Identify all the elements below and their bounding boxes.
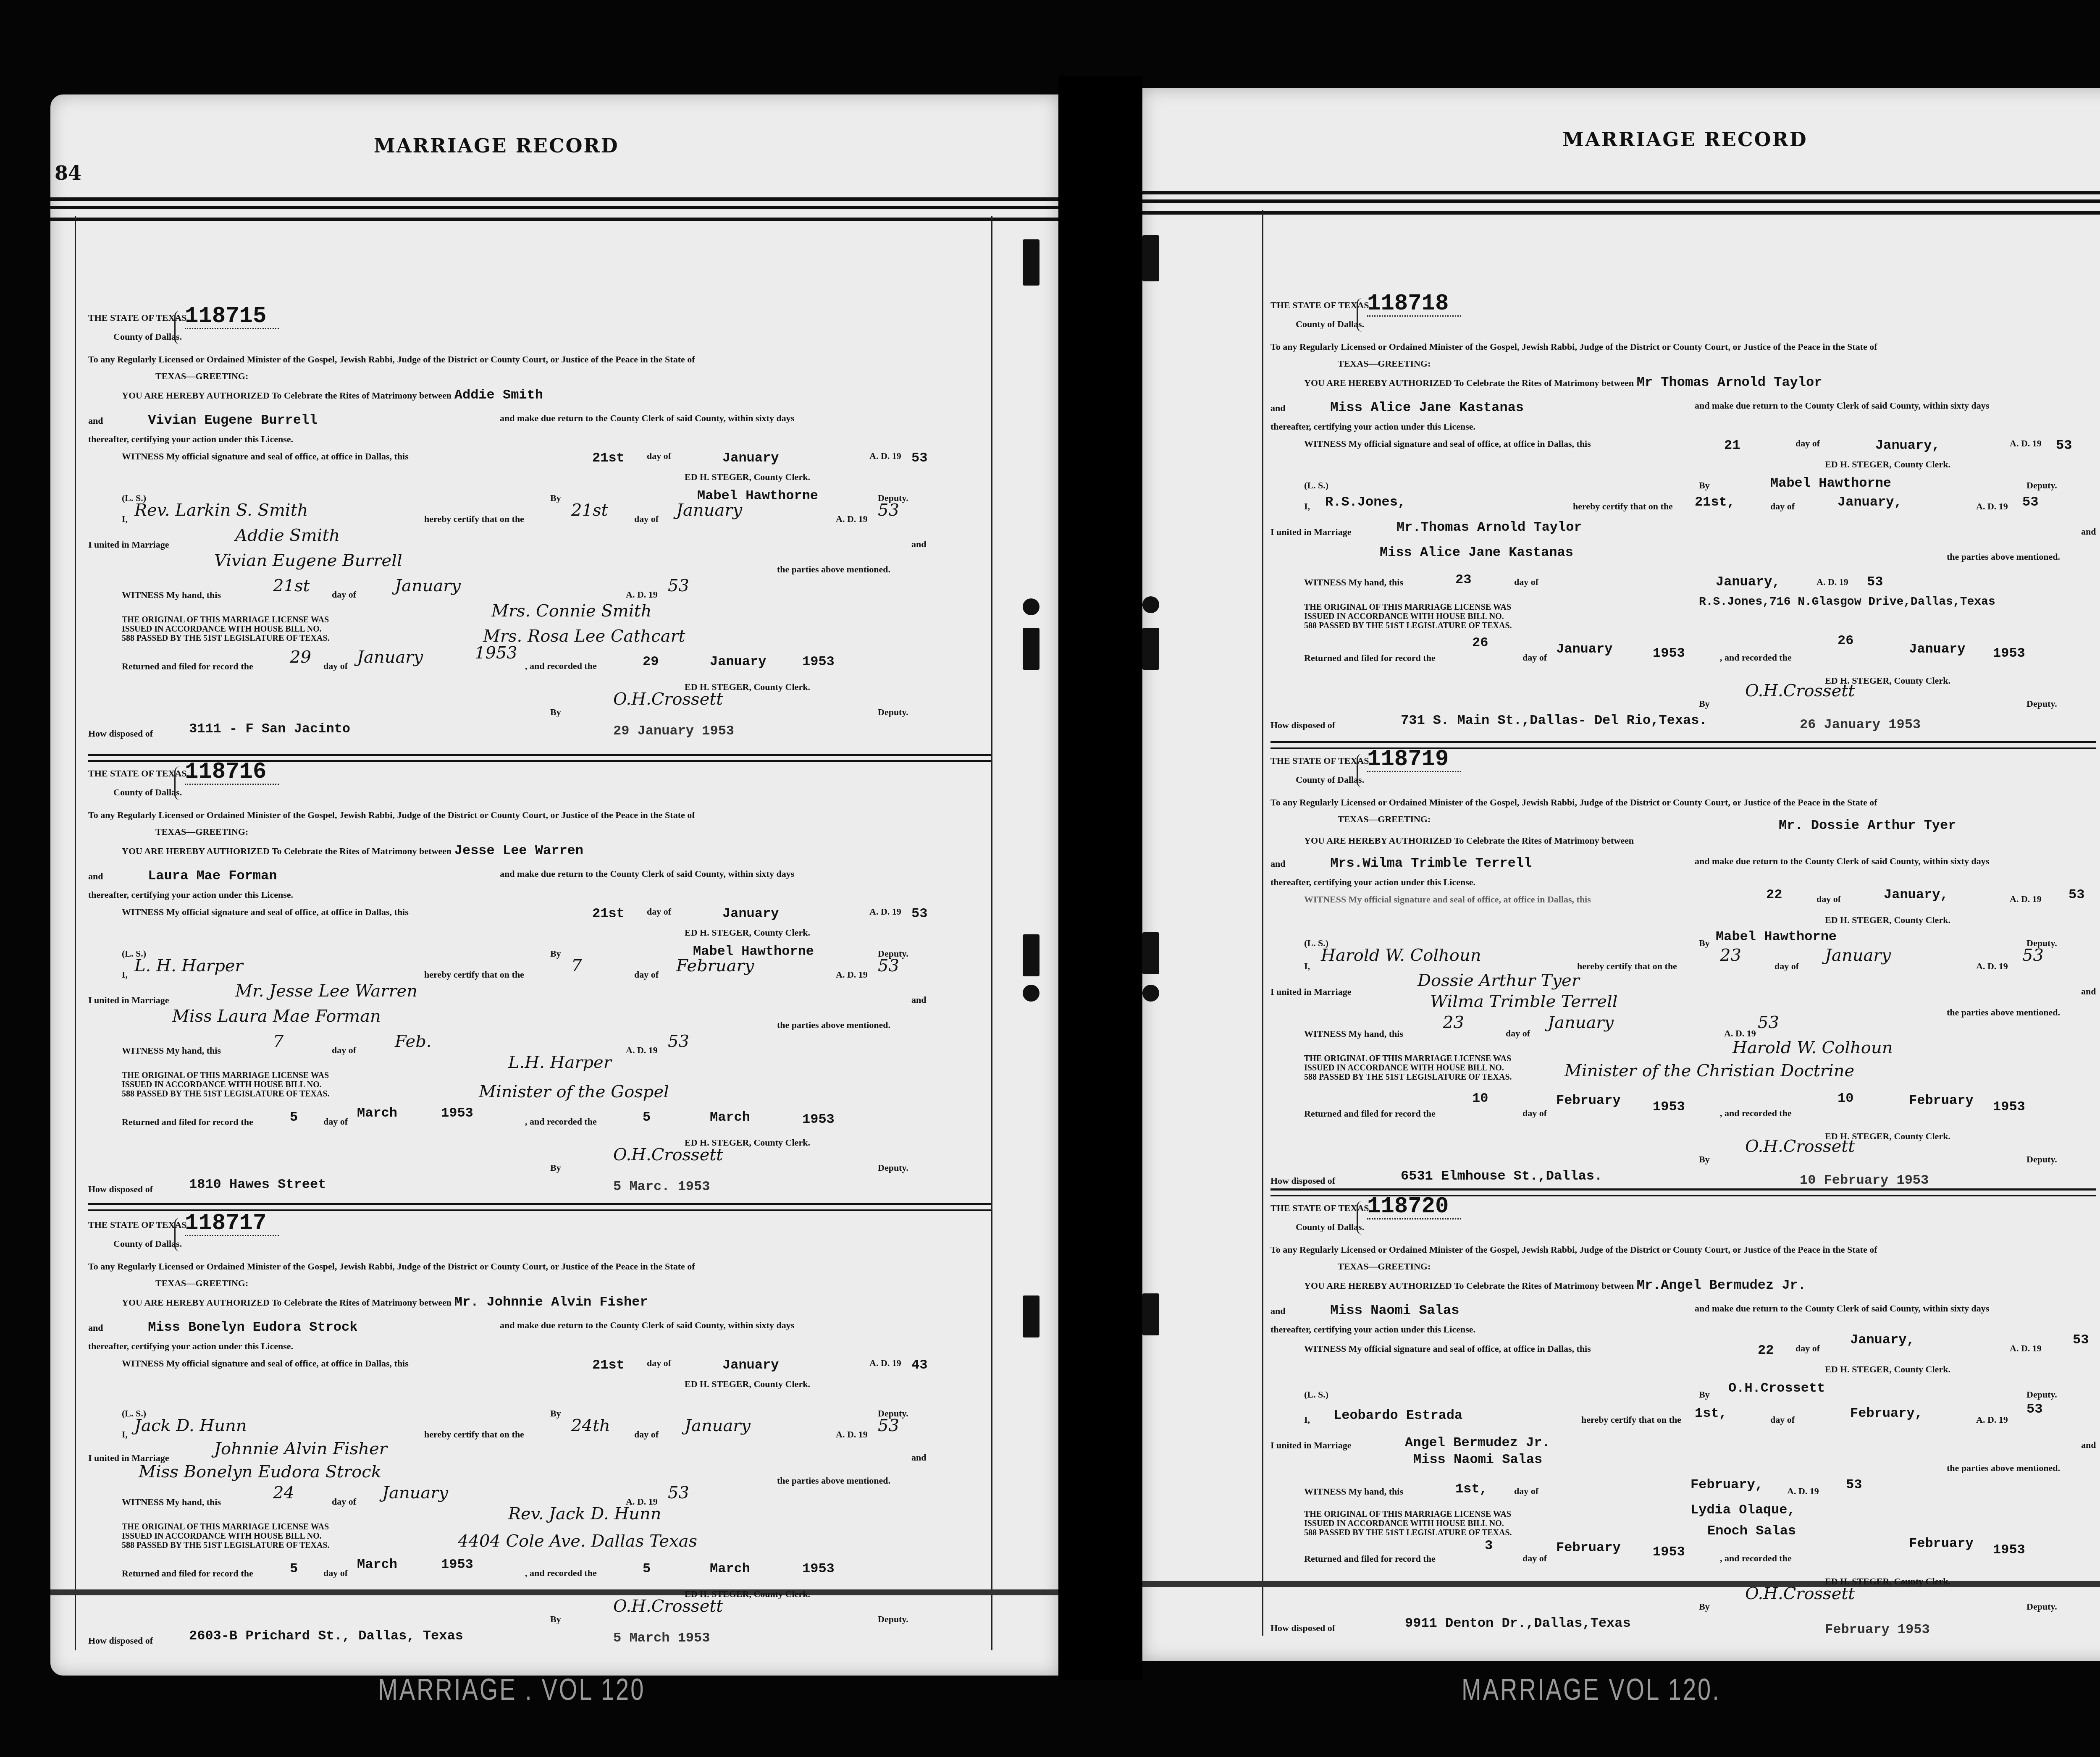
deputy-label: Deputy. bbox=[2026, 481, 2057, 490]
day-of-label: day of bbox=[1770, 1415, 1795, 1424]
and-label: and bbox=[2081, 527, 2096, 536]
certify-text: hereby certify that on the bbox=[424, 970, 524, 979]
bride-name: Miss Naomi Salas bbox=[1330, 1303, 1459, 1318]
witness-year: 53 bbox=[1867, 575, 1883, 589]
binder-mark bbox=[1023, 239, 1039, 286]
witness-day: 24 bbox=[273, 1484, 294, 1501]
microfilm-label-left: MARRIAGE . VOL 120 bbox=[378, 1671, 645, 1707]
returned-day: 3 bbox=[1485, 1539, 1493, 1552]
united-label: I united in Marriage bbox=[88, 1453, 169, 1463]
header-rule bbox=[1142, 191, 2100, 215]
record-divider bbox=[88, 1203, 991, 1211]
deputy-label: Deputy. bbox=[2026, 699, 2057, 708]
return-text: and make due return to the County Clerk … bbox=[1695, 401, 1989, 410]
license-number: 118717 bbox=[185, 1212, 279, 1236]
county-label: County of Dallas. bbox=[113, 1238, 182, 1249]
recorded-day: 5 bbox=[643, 1111, 651, 1124]
day-of-label: day of bbox=[332, 1046, 356, 1055]
disposed-address: 1810 Hawes Street bbox=[189, 1178, 326, 1191]
issued-year: 53 bbox=[911, 451, 927, 465]
witness-year: 53 bbox=[1758, 1014, 1779, 1031]
recorded-text: , and recorded the bbox=[525, 661, 597, 671]
and-label: and bbox=[911, 1453, 926, 1462]
bride-name: Laura Mae Forman bbox=[148, 868, 277, 884]
day-of-label: day of bbox=[323, 661, 348, 671]
margin-line bbox=[75, 216, 76, 1650]
page-title: MARRIAGE RECORD bbox=[1562, 128, 1808, 151]
license-number: 118718 bbox=[1367, 293, 1461, 317]
returned-text: Returned and filed for record the bbox=[122, 661, 253, 671]
ad-label: A. D. 19 bbox=[2010, 1344, 2042, 1353]
day-of-label: day of bbox=[332, 1497, 356, 1506]
witness-signature-1: Lydia Olaque, bbox=[1690, 1503, 1795, 1517]
issued-year: 53 bbox=[911, 907, 927, 920]
deputy-signature: O.H.Crossett bbox=[1745, 1585, 1855, 1602]
returned-text: Returned and filed for record the bbox=[1304, 1108, 1436, 1119]
address-line: To any Regularly Licensed or Ordained Mi… bbox=[1270, 342, 2100, 351]
witness-hand-text: WITNESS My hand, this bbox=[122, 590, 221, 600]
clerk-label: ED H. STEGER, County Clerk. bbox=[1825, 1132, 2100, 1141]
disposed-label: How disposed of bbox=[88, 728, 153, 739]
authorized-text: YOU ARE HEREBY AUTHORIZED To Celebrate t… bbox=[1304, 1280, 1634, 1291]
recorded-year: 1953 bbox=[802, 1562, 835, 1576]
deputy-label: Deputy. bbox=[2026, 1155, 2057, 1164]
returned-text: Returned and filed for record the bbox=[1304, 1553, 1436, 1564]
recorded-month: January bbox=[710, 655, 766, 669]
and-label: and bbox=[1270, 858, 1285, 869]
filing-stamp: 10 February 1953 bbox=[1800, 1174, 1929, 1187]
ad-label: A. D. 19 bbox=[1976, 502, 2008, 511]
return-text: and make due return to the County Clerk … bbox=[500, 869, 794, 878]
ad-label: A. D. 19 bbox=[626, 1046, 658, 1055]
i-label: I, bbox=[122, 514, 128, 524]
ad-label: A. D. 19 bbox=[2010, 894, 2042, 904]
margin-line bbox=[991, 216, 992, 1650]
by-label: By bbox=[1699, 1390, 1710, 1399]
returned-year: 1953 bbox=[1653, 647, 1685, 660]
cert-month: January, bbox=[1837, 496, 1902, 509]
clerk-label: ED H. STEGER, County Clerk. bbox=[1825, 676, 2100, 685]
united-party-2: Vivian Eugene Burrell bbox=[214, 552, 402, 569]
cert-month: January bbox=[685, 1417, 751, 1434]
cert-day: 24th bbox=[571, 1417, 610, 1434]
binder-mark bbox=[1142, 932, 1159, 974]
witness-official-text: WITNESS My official signature and seal o… bbox=[1304, 1343, 1591, 1354]
deputy-name: O.H.Crossett bbox=[1728, 1382, 1825, 1395]
page-number: 84 bbox=[55, 162, 81, 184]
thereafter-text: thereafter, certifying your action under… bbox=[1270, 422, 2100, 431]
witness-day: 23 bbox=[1455, 573, 1471, 587]
witness-year: 53 bbox=[668, 1484, 689, 1501]
day-of-label: day of bbox=[323, 1568, 348, 1578]
day-of-label: day of bbox=[1514, 1487, 1538, 1496]
authorized-text: YOU ARE HEREBY AUTHORIZED To Celebrate t… bbox=[1304, 378, 1634, 388]
witness-signature-2: 4404 Cole Ave. Dallas Texas bbox=[458, 1533, 697, 1550]
deputy-label: Deputy. bbox=[878, 1163, 908, 1172]
issued-month: January bbox=[722, 451, 779, 465]
day-of-label: day of bbox=[1770, 502, 1795, 511]
recorded-day: 5 bbox=[643, 1562, 651, 1576]
parties-label: the parties above mentioned. bbox=[777, 1020, 890, 1030]
and-label: and bbox=[2081, 987, 2096, 996]
witness-official-text: WITNESS My official signature and seal o… bbox=[122, 451, 409, 462]
united-party-2: Miss Laura Mae Forman bbox=[172, 1008, 381, 1025]
returned-month: February bbox=[1556, 1541, 1621, 1555]
returned-year: 1953 bbox=[441, 1558, 473, 1571]
clerk-label: ED H. STEGER, County Clerk. bbox=[685, 472, 945, 482]
cert-year: 53 bbox=[878, 957, 899, 974]
by-label: By bbox=[1699, 1155, 1710, 1164]
deputy-label: Deputy. bbox=[878, 1615, 908, 1624]
issued-year: 53 bbox=[2073, 1333, 2089, 1347]
recorded-text: , and recorded the bbox=[525, 1117, 597, 1126]
by-label: By bbox=[1699, 699, 1710, 708]
united-party-1: Angel Bermudez Jr. bbox=[1405, 1436, 1550, 1450]
day-of-label: day of bbox=[634, 970, 659, 979]
and-label: and bbox=[1270, 1306, 1285, 1316]
deputy-signature: O.H.Crossett bbox=[1745, 1138, 1855, 1155]
ad-label: A. D. 19 bbox=[836, 514, 868, 524]
returned-month: January bbox=[357, 649, 423, 666]
and-label: and bbox=[2081, 1440, 2096, 1450]
issued-month: January bbox=[722, 907, 779, 920]
book-spine bbox=[1058, 76, 1142, 1680]
ad-label: A. D. 19 bbox=[1816, 577, 1848, 587]
clerk-label: ED H. STEGER, County Clerk. bbox=[1825, 915, 2100, 925]
united-party-2: Miss Alice Jane Kastanas bbox=[1380, 546, 1573, 559]
ad-label: A. D. 19 bbox=[1976, 962, 2008, 971]
i-label: I, bbox=[1304, 962, 1310, 971]
seal-label: (L. S.) bbox=[1304, 481, 1328, 490]
authorized-text: YOU ARE HEREBY AUTHORIZED To Celebrate t… bbox=[122, 846, 451, 856]
authorized-text: YOU ARE HEREBY AUTHORIZED To Celebrate t… bbox=[122, 390, 451, 401]
parties-label: the parties above mentioned. bbox=[1947, 1463, 2060, 1473]
united-label: I united in Marriage bbox=[88, 995, 169, 1005]
ad-label: A. D. 19 bbox=[869, 1358, 901, 1368]
return-text: and make due return to the County Clerk … bbox=[500, 1321, 794, 1330]
filing-stamp: 5 Marc. 1953 bbox=[613, 1180, 710, 1193]
thereafter-text: thereafter, certifying your action under… bbox=[88, 435, 945, 444]
and-label: and bbox=[1270, 403, 1285, 413]
united-party-2: Miss Naomi Salas bbox=[1413, 1453, 1542, 1466]
returned-year: 1953 bbox=[475, 645, 517, 661]
address-line: To any Regularly Licensed or Ordained Mi… bbox=[88, 1262, 945, 1271]
returned-text: Returned and filed for record the bbox=[122, 1568, 253, 1579]
united-label: I united in Marriage bbox=[1270, 527, 1352, 537]
address-line: To any Regularly Licensed or Ordained Mi… bbox=[88, 355, 945, 364]
day-of-label: day of bbox=[634, 514, 659, 524]
recorded-month: March bbox=[710, 1562, 750, 1576]
issued-year: 43 bbox=[911, 1358, 927, 1372]
header-rule bbox=[50, 197, 1058, 221]
thereafter-text: thereafter, certifying your action under… bbox=[88, 1342, 945, 1351]
issued-day: 21st bbox=[592, 1358, 625, 1372]
witness-signature-1: Mrs. Connie Smith bbox=[491, 603, 651, 619]
clerk-label: ED H. STEGER, County Clerk. bbox=[685, 682, 945, 692]
day-of-label: day of bbox=[1506, 1029, 1530, 1038]
greeting: TEXAS—GREETING: bbox=[1338, 359, 2100, 368]
county-label: County of Dallas. bbox=[1296, 319, 1364, 329]
disposed-label: How disposed of bbox=[1270, 1175, 1335, 1186]
recorded-month: March bbox=[710, 1111, 750, 1124]
returned-month: March bbox=[357, 1558, 397, 1571]
issued-month: January, bbox=[1884, 888, 1948, 902]
county-label: County of Dallas. bbox=[1296, 774, 1364, 785]
clerk-label: ED H. STEGER, County Clerk. bbox=[685, 928, 945, 937]
witness-year: 53 bbox=[668, 1033, 689, 1050]
recorded-text: , and recorded the bbox=[1720, 653, 1792, 662]
ad-label: A. D. 19 bbox=[1976, 1415, 2008, 1424]
returned-day: 10 bbox=[1472, 1092, 1488, 1105]
cert-month: February bbox=[676, 957, 754, 974]
greeting: TEXAS—GREETING: bbox=[155, 827, 945, 837]
by-label: By bbox=[1699, 939, 1710, 948]
returned-month: January bbox=[1556, 642, 1612, 656]
certify-text: hereby certify that on the bbox=[1577, 962, 1677, 971]
binder-mark bbox=[1142, 628, 1159, 670]
day-of-label: day of bbox=[1522, 1554, 1547, 1563]
groom-name: Mr Thomas Arnold Taylor bbox=[1637, 375, 1822, 390]
witness-hand-text: WITNESS My hand, this bbox=[1304, 1028, 1403, 1039]
authorized-text: YOU ARE HEREBY AUTHORIZED To Celebrate t… bbox=[122, 1297, 451, 1308]
binder-mark bbox=[1023, 628, 1039, 670]
license-number: 118720 bbox=[1367, 1196, 1461, 1219]
witness-month: January bbox=[1548, 1014, 1614, 1031]
ad-label: A. D. 19 bbox=[869, 907, 901, 916]
witness-signature-2: Mrs. Rosa Lee Cathcart bbox=[483, 628, 685, 645]
recorded-text: , and recorded the bbox=[1720, 1109, 1792, 1118]
witness-day: 7 bbox=[273, 1033, 283, 1050]
issued-day: 21st bbox=[592, 907, 625, 920]
groom-name: Addie Smith bbox=[454, 387, 543, 403]
clerk-label: ED H. STEGER, County Clerk. bbox=[1825, 460, 2100, 469]
day-of-label: day of bbox=[647, 1358, 671, 1368]
witness-official-text: WITNESS My official signature and seal o… bbox=[122, 907, 409, 917]
witness-month: January bbox=[395, 577, 461, 594]
cert-month: January bbox=[676, 502, 742, 519]
issued-day: 22 bbox=[1766, 888, 1782, 902]
page-title: MARRIAGE RECORD bbox=[374, 134, 619, 157]
day-of-label: day of bbox=[647, 907, 671, 916]
recorded-month: February bbox=[1909, 1094, 1974, 1107]
issued-month: January, bbox=[1875, 439, 1940, 452]
deputy-signature: O.H.Crossett bbox=[613, 1598, 723, 1615]
witness-official-text: WITNESS My official signature and seal o… bbox=[1304, 894, 1591, 905]
officiant-signature: L. H. Harper bbox=[134, 957, 243, 974]
certify-text: hereby certify that on the bbox=[1573, 502, 1673, 511]
day-of-label: day of bbox=[1795, 439, 1820, 448]
witness-year: 53 bbox=[668, 577, 689, 594]
witness-day: 23 bbox=[1443, 1014, 1464, 1031]
returned-year: 1953 bbox=[1653, 1545, 1685, 1559]
bride-name: Vivian Eugene Burrell bbox=[148, 412, 317, 428]
by-label: By bbox=[550, 1163, 561, 1172]
recorded-year: 1953 bbox=[802, 655, 835, 669]
disposed-address: 3111 - F San Jacinto bbox=[189, 722, 350, 736]
certify-text: hereby certify that on the bbox=[424, 514, 524, 524]
issued-day: 21st bbox=[592, 451, 625, 465]
cert-year: 53 bbox=[2022, 496, 2038, 509]
return-text: and make due return to the County Clerk … bbox=[500, 414, 794, 423]
witness-month: January bbox=[382, 1484, 448, 1501]
by-label: By bbox=[550, 1615, 561, 1624]
margin-line bbox=[1262, 210, 1263, 1636]
binder-mark bbox=[1023, 934, 1039, 976]
and-label: and bbox=[911, 540, 926, 549]
parties-label: the parties above mentioned. bbox=[1947, 552, 2060, 561]
deputy-signature: O.H.Crossett bbox=[613, 691, 723, 708]
license-number: 118716 bbox=[185, 761, 279, 785]
united-party-2: Miss Bonelyn Eudora Strock bbox=[139, 1463, 381, 1480]
united-label: I united in Marriage bbox=[1270, 1440, 1352, 1450]
recorded-text: , and recorded the bbox=[1720, 1554, 1792, 1563]
greeting: TEXAS—GREETING: bbox=[155, 1279, 945, 1288]
cert-day: 23 bbox=[1720, 947, 1741, 964]
right-page: MARRIAGE RECORD 85 THE STATE OF TEXAS, 1… bbox=[1142, 88, 2100, 1661]
disposed-address: 2603-B Prichard St., Dallas, Texas bbox=[189, 1629, 463, 1643]
clerk-label: ED H. STEGER, County Clerk. bbox=[685, 1589, 945, 1599]
returned-year: 1953 bbox=[1653, 1100, 1685, 1114]
cert-year: 53 bbox=[878, 502, 899, 519]
marriage-record: THE STATE OF TEXAS, 118715 County of Dal… bbox=[88, 313, 945, 733]
binder-hole bbox=[1142, 596, 1159, 613]
left-page: 84 MARRIAGE RECORD THE STATE OF TEXAS, 1… bbox=[50, 94, 1058, 1676]
recorded-text: , and recorded the bbox=[525, 1568, 597, 1578]
recorded-year: 1953 bbox=[802, 1113, 835, 1126]
marriage-record: THE STATE OF TEXAS, 118717 County of Dal… bbox=[88, 1220, 945, 1640]
officiant-signature: Jack D. Hunn bbox=[134, 1417, 247, 1434]
united-party-2: Wilma Trimble Terrell bbox=[1430, 993, 1618, 1010]
marriage-record: THE STATE OF TEXAS, 118720 County of Dal… bbox=[1270, 1203, 2100, 1623]
certify-text: hereby certify that on the bbox=[424, 1430, 524, 1439]
issued-day: 22 bbox=[1758, 1344, 1774, 1357]
returned-text: Returned and filed for record the bbox=[122, 1117, 253, 1127]
day-of-label: day of bbox=[1514, 577, 1538, 587]
marriage-record: THE STATE OF TEXAS, 118718 County of Dal… bbox=[1270, 216, 2100, 636]
recorded-day: 10 bbox=[1837, 1092, 1853, 1105]
witness-month: January, bbox=[1716, 575, 1780, 589]
bride-name: Mrs.Wilma Trimble Terrell bbox=[1330, 855, 1532, 871]
groom-name: Jesse Lee Warren bbox=[454, 843, 583, 858]
witness-hand-text: WITNESS My hand, this bbox=[122, 1497, 221, 1507]
ad-label: A. D. 19 bbox=[1787, 1487, 1819, 1496]
issued-year: 53 bbox=[2056, 439, 2072, 452]
disposed-label: How disposed of bbox=[88, 1635, 153, 1646]
i-label: I, bbox=[122, 970, 128, 979]
filing-stamp: February 1953 bbox=[1825, 1623, 1930, 1636]
returned-day: 5 bbox=[290, 1111, 298, 1124]
witness-signature-1: Harold W. Colhoun bbox=[1732, 1039, 1893, 1056]
parties-label: the parties above mentioned. bbox=[777, 565, 890, 574]
return-text: and make due return to the County Clerk … bbox=[1695, 857, 1989, 866]
address-line: To any Regularly Licensed or Ordained Mi… bbox=[88, 810, 945, 820]
ad-label: A. D. 19 bbox=[836, 1430, 868, 1439]
day-of-label: day of bbox=[634, 1430, 659, 1439]
and-label: and bbox=[88, 871, 103, 881]
disposed-address: 731 S. Main St.,Dallas- Del Rio,Texas. bbox=[1401, 714, 1707, 727]
thereafter-text: thereafter, certifying your action under… bbox=[1270, 1325, 2100, 1334]
license-number: 118715 bbox=[185, 305, 279, 329]
witness-official-text: WITNESS My official signature and seal o… bbox=[122, 1358, 409, 1369]
ad-label: A. D. 19 bbox=[1724, 1029, 1756, 1038]
binder-hole bbox=[1023, 985, 1039, 1002]
by-label: By bbox=[550, 708, 561, 717]
groom-name: Mr. Johnnie Alvin Fisher bbox=[454, 1294, 648, 1310]
thereafter-text: thereafter, certifying your action under… bbox=[88, 890, 945, 899]
binder-mark bbox=[1142, 235, 1159, 281]
recorded-year: 1953 bbox=[1993, 647, 2025, 660]
marriage-record: THE STATE OF TEXAS, 118716 County of Dal… bbox=[88, 768, 945, 1188]
license-number: 118719 bbox=[1367, 748, 1461, 772]
county-label: County of Dallas. bbox=[1296, 1222, 1364, 1232]
returned-month: February bbox=[1556, 1094, 1621, 1107]
witness-month: February, bbox=[1690, 1478, 1763, 1492]
disposed-label: How disposed of bbox=[88, 1184, 153, 1194]
clerk-label: ED H. STEGER, County Clerk. bbox=[1825, 1577, 2100, 1586]
day-of-label: day of bbox=[1522, 1109, 1547, 1118]
certify-text: hereby certify that on the bbox=[1581, 1415, 1681, 1424]
returned-text: Returned and filed for record the bbox=[1304, 653, 1436, 663]
officiant-signature: Rev. Larkin S. Smith bbox=[134, 502, 308, 519]
clerk-label: ED H. STEGER, County Clerk. bbox=[1825, 1365, 2100, 1374]
officiant-name: R.S.Jones, bbox=[1325, 496, 1406, 509]
witness-hand-text: WITNESS My hand, this bbox=[122, 1045, 221, 1056]
issued-day: 21 bbox=[1724, 439, 1740, 452]
disposed-address: 6531 Elmhouse St.,Dallas. bbox=[1401, 1170, 1602, 1183]
united-party-1: Dossie Arthur Tyer bbox=[1417, 972, 1580, 989]
issued-year: 53 bbox=[2068, 888, 2084, 902]
witness-signature-2: Minister of the Christian Doctrine bbox=[1564, 1062, 1854, 1079]
cert-day: 21st bbox=[571, 502, 608, 519]
return-text: and make due return to the County Clerk … bbox=[1695, 1304, 1989, 1313]
county-label: County of Dallas. bbox=[113, 331, 182, 342]
bride-name: Miss Bonelyn Eudora Strock bbox=[148, 1319, 357, 1335]
and-label: and bbox=[911, 995, 926, 1004]
ad-label: A. D. 19 bbox=[626, 590, 658, 599]
deputy-label: Deputy. bbox=[878, 708, 908, 717]
cert-month: February, bbox=[1850, 1407, 1923, 1420]
disposed-label: How disposed of bbox=[1270, 720, 1335, 730]
witness-month: Feb. bbox=[395, 1033, 432, 1050]
filing-stamp: 29 January 1953 bbox=[613, 724, 734, 738]
county-label: County of Dallas. bbox=[113, 787, 182, 797]
by-label: By bbox=[550, 1409, 561, 1418]
parties-label: the parties above mentioned. bbox=[777, 1476, 890, 1485]
day-of-label: day of bbox=[1774, 962, 1799, 971]
recorded-day: 29 bbox=[643, 655, 659, 669]
deputy-label: Deputy. bbox=[2026, 1390, 2057, 1399]
returned-day: 26 bbox=[1472, 636, 1488, 650]
united-party-1: Johnnie Alvin Fisher bbox=[214, 1440, 387, 1457]
recorded-month: February bbox=[1909, 1537, 1974, 1550]
united-party-1: Mr. Jesse Lee Warren bbox=[235, 983, 417, 999]
and-label: and bbox=[88, 415, 103, 426]
cert-month: January bbox=[1825, 947, 1891, 964]
filing-stamp: 26 January 1953 bbox=[1800, 718, 1921, 732]
witness-signature-2: Minister of the Gospel bbox=[479, 1083, 669, 1100]
bride-name: Miss Alice Jane Kastanas bbox=[1330, 400, 1524, 415]
page-header: 84 MARRIAGE RECORD bbox=[50, 94, 1058, 208]
clerk-label: ED H. STEGER, County Clerk. bbox=[685, 1138, 945, 1147]
cert-day: 7 bbox=[571, 957, 582, 974]
witness-signature-1: Rev. Jack D. Hunn bbox=[508, 1505, 661, 1522]
parties-label: the parties above mentioned. bbox=[1947, 1008, 2060, 1017]
cert-day: 1st, bbox=[1695, 1407, 1727, 1420]
thereafter-text: thereafter, certifying your action under… bbox=[1270, 878, 2100, 887]
binder-hole bbox=[1023, 598, 1039, 615]
binder-mark bbox=[1023, 1295, 1039, 1337]
witness-signature-1: L.H. Harper bbox=[508, 1054, 612, 1071]
